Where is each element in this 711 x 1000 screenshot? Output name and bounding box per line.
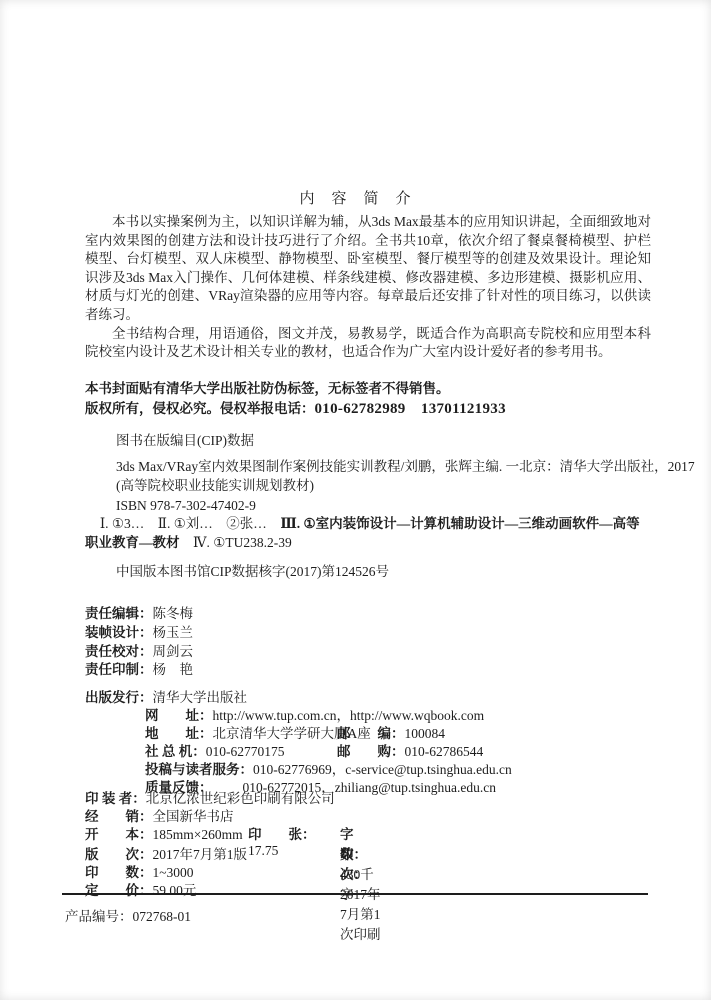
format-label: 开 本： [85, 827, 153, 842]
switchboard-row: 社 总 机：010-62770175邮 购：010-62786544 [145, 740, 512, 758]
copyright-page: 内 容 简 介 本书以实操案例为主，以知识详解为辅，从3ds Max最基本的应用… [0, 0, 711, 1000]
section-title: 内 容 简 介 [0, 187, 711, 208]
format-row: 开 本：185mm×260mm印 张：17.75字 数：430千字 [85, 823, 335, 841]
address-label: 地 址： [145, 726, 213, 741]
intro-paragraph-1: 本书以实操案例为主，以知识详解为辅，从3ds Max最基本的应用知识讲起，全面细… [85, 213, 651, 325]
format-value: 185mm×260mm [153, 827, 243, 842]
publisher-label: 出版发行： [85, 690, 153, 705]
price-label: 定 价： [85, 883, 153, 898]
switchboard-phone: 010-62770175 [206, 744, 285, 759]
price-value: 59.00元 [153, 883, 197, 898]
credit-value: 周剑云 [153, 644, 194, 659]
printer-value: 北京亿浓世纪彩色印刷有限公司 [146, 791, 335, 806]
postcode-label: 邮 编： [337, 726, 405, 741]
credit-label: 责任印制： [85, 662, 153, 677]
cip-class-part-3: Ⅳ. ①TU238.2-39 [180, 535, 292, 550]
edition-label: 版 次： [85, 847, 153, 862]
credit-row-print-supervisor: 责任印制：杨 艳 [85, 658, 193, 677]
print-run-value: 1~3000 [153, 865, 194, 880]
postcode-value: 100084 [405, 726, 446, 741]
website-label: 网 址： [145, 708, 213, 723]
edition-row: 版 次：2017年7月第1版印 次：2017年7月第1次印刷 [85, 843, 335, 861]
credit-row-designer: 装帧设计：杨玉兰 [85, 621, 193, 640]
product-number-value: 072768-01 [133, 909, 192, 924]
credit-value: 陈冬梅 [153, 606, 194, 621]
publisher-name: 清华大学出版社 [153, 690, 248, 705]
print-run-label: 印 数： [85, 865, 153, 880]
website-row: 网 址：http://www.tup.com.cn，http://www.wqb… [145, 704, 512, 722]
mail-order-label: 邮 购： [337, 744, 405, 759]
publisher-section: 出版发行：清华大学出版社 网 址：http://www.tup.com.cn，h… [85, 686, 512, 794]
notice-line-1: 本书封面贴有清华大学出版社防伪标签，无标签者不得销售。 [85, 379, 506, 399]
print-run-row: 印 数：1~3000 [85, 861, 335, 879]
credit-label: 责任校对： [85, 644, 153, 659]
cip-record: 3ds Max/VRay室内效果图制作案例技能实训教程/刘鹏，张辉主编. 一北京… [116, 457, 695, 515]
switchboard-label: 社 总 机： [145, 744, 206, 759]
credit-label: 责任编辑： [85, 606, 153, 621]
website-urls: http://www.tup.com.cn，http://www.wqbook.… [213, 708, 485, 723]
credit-label: 装帧设计： [85, 625, 153, 640]
cip-record-line-2: (高等院校职业技能实训规划教材) [116, 476, 695, 495]
cip-class-part-1: Ⅰ. ①3… Ⅱ. ①刘… ②张… [100, 516, 280, 531]
distributor-value: 全国新华书店 [153, 809, 234, 824]
mail-order-pair: 邮 购：010-62786544 [337, 740, 483, 760]
address-row: 地 址：北京清华大学学研大厦A座邮 编：100084 [145, 722, 512, 740]
publisher-row: 出版发行：清华大学出版社 [85, 686, 512, 704]
product-number: 产品编号：072768-01 [65, 905, 191, 925]
isbn: ISBN 978-7-302-47402-9 [116, 496, 695, 515]
intro-section: 本书以实操案例为主，以知识详解为辅，从3ds Max最基本的应用知识讲起，全面细… [85, 213, 651, 362]
credit-value: 杨 艳 [153, 662, 194, 677]
edition-value: 2017年7月第1版 [153, 847, 248, 862]
postcode-pair: 邮 编：100084 [337, 722, 445, 742]
credits-section: 责任编辑：陈冬梅 装帧设计：杨玉兰 责任校对：周剑云 责任印制：杨 艳 [85, 602, 193, 677]
mail-order-phone: 010-62786544 [405, 744, 484, 759]
cip-classification: Ⅰ. ①3… Ⅱ. ①刘… ②张… Ⅲ. ①室内装饰设计—计算机辅助设计—三维动… [85, 515, 653, 553]
reader-service-label: 投稿与读者服务： [145, 762, 253, 777]
distributor-label: 经 销： [85, 809, 153, 824]
credit-row-editor: 责任编辑：陈冬梅 [85, 602, 193, 621]
credit-value: 杨玉兰 [153, 625, 194, 640]
notice-line-2-text: 版权所有，侵权必究。侵权举报电话： [85, 401, 315, 416]
intro-paragraph-2: 全书结构合理，用语通俗，图文并茂，易教易学，既适合作为高职高专院校和应用型本科院… [85, 325, 651, 362]
footer-divider [62, 893, 648, 895]
impression-label: 印 次： [340, 847, 381, 882]
printer-row: 印 装 者：北京亿浓世纪彩色印刷有限公司 [85, 787, 335, 805]
cip-record-line-1: 3ds Max/VRay室内效果图制作案例技能实训教程/刘鹏，张辉主编. 一北京… [116, 457, 695, 476]
printing-section: 印 装 者：北京亿浓世纪彩色印刷有限公司 经 销：全国新华书店 开 本：185m… [85, 787, 335, 897]
credit-row-proofreader: 责任校对：周剑云 [85, 640, 193, 659]
printer-label: 印 装 者： [85, 791, 146, 806]
cip-header: 图书在版编目(CIP)数据 [116, 429, 254, 449]
cip-registry-number: 中国版本图书馆CIP数据核字(2017)第124526号 [116, 560, 389, 580]
report-phone-numbers: 010-62782989 13701121933 [315, 401, 506, 417]
notice-line-2: 版权所有，侵权必究。侵权举报电话：010-62782989 1370112193… [85, 399, 506, 420]
product-number-label: 产品编号： [65, 909, 133, 924]
sheets-label: 印 张： [248, 827, 316, 842]
anti-piracy-notice: 本书封面贴有清华大学出版社防伪标签，无标签者不得销售。 版权所有，侵权必究。侵权… [85, 379, 506, 419]
distributor-row: 经 销：全国新华书店 [85, 805, 335, 823]
reader-service-row: 投稿与读者服务：010-62776969，c-service@tup.tsing… [145, 758, 512, 776]
reader-service-contact: 010-62776969，c-service@tup.tsinghua.edu.… [253, 762, 512, 777]
